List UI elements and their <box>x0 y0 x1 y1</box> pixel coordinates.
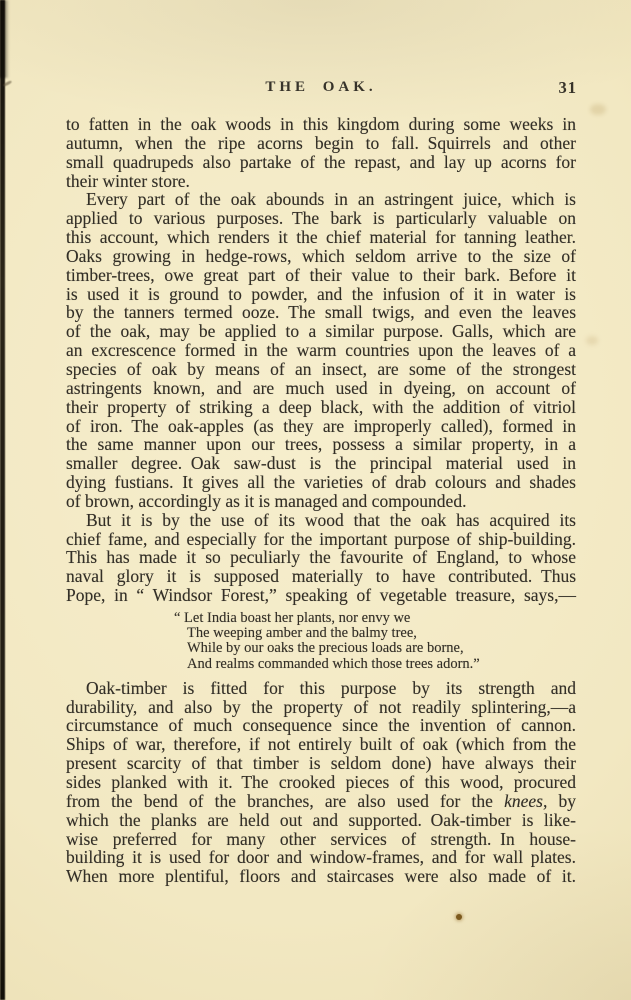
paragraph-4-part-1: Oak-timber is fitted for this purpose by… <box>66 679 576 792</box>
scan-edge-shadow <box>0 0 5 1000</box>
text-line: chief fame, and especially for the impor… <box>66 530 576 549</box>
text-segment: by <box>547 791 576 811</box>
text-line: which the planks are held out and suppor… <box>66 811 576 830</box>
text-line: the same manner upon our trees, possess … <box>66 435 576 454</box>
verse-quote: “ Let India boast her plants, nor envy w… <box>66 611 576 672</box>
text-line: While by our oaks the precious loads are… <box>187 641 576 656</box>
text-line: applied to various purposes. The bark is… <box>66 209 576 228</box>
text-line: is used it is ground to powder, and the … <box>66 285 576 304</box>
scan-edge-shadow-top <box>0 0 9 78</box>
text-line: an excrescence formed in the warm countr… <box>66 341 576 360</box>
text-line: Ships of war, therefore, if not entirely… <box>66 735 576 754</box>
text-line: of the oak, may be applied to a similar … <box>66 322 576 341</box>
text-line: circumstance of much consequence since t… <box>66 716 576 735</box>
text-line: present scarcity of that timber is seldo… <box>66 754 576 773</box>
text-line: of iron. The oak-apples (as they are imp… <box>66 417 576 436</box>
text-line: And realms commanded which those trees a… <box>187 657 576 672</box>
text-line: of brown, accordingly as it is managed a… <box>66 492 576 511</box>
text-line: from the bend of the branches, are also … <box>66 792 576 811</box>
text-line: The weeping amber and the balmy tree, <box>187 626 576 641</box>
paper-stain <box>456 914 462 920</box>
text-line: their property of striking a deep black,… <box>66 398 576 417</box>
paper-stain <box>590 104 606 115</box>
text-segment: from the bend of the branches, are also … <box>66 791 504 811</box>
text-line: Pope, in “ Windsor Forest,” speaking of … <box>66 586 576 605</box>
paragraph-3: But it is by the use of its wood that th… <box>66 511 576 605</box>
italic-word-knees: knees, <box>504 791 547 811</box>
text-line: astringents known, and are much used in … <box>66 379 576 398</box>
text-line: by the tanners termed ooze. The small tw… <box>66 303 576 322</box>
running-title: THE OAK. <box>66 79 576 96</box>
text-line: sides planked with it. The crooked piece… <box>66 773 576 792</box>
text-line: naval glory it is supposed materially to… <box>66 567 576 586</box>
book-page: THE OAK. 31 to fatten in the oak woods i… <box>0 0 631 1000</box>
text-line: their winter store. <box>66 172 576 191</box>
paragraph-2: Every part of the oak abounds in an astr… <box>66 190 576 510</box>
text-line: timber-trees, owe great part of their va… <box>66 266 576 285</box>
text-line: wise preferred for many other services o… <box>66 830 576 849</box>
text-line: But it is by the use of its wood that th… <box>66 511 576 530</box>
text-line: Oak-timber is fitted for this purpose by… <box>66 679 576 698</box>
text-line: dying fustians. It gives all the varieti… <box>66 473 576 492</box>
page-number: 31 <box>559 78 578 98</box>
text-line: Oaks growing in hedge-rows, which seldom… <box>66 247 576 266</box>
text-line: durability, and also by the property of … <box>66 698 576 717</box>
text-line: When more plentiful, floors and staircas… <box>66 867 576 886</box>
paper-stain <box>586 336 598 345</box>
text-line: to fatten in the oak woods in this kingd… <box>66 115 576 134</box>
paragraph-1: to fatten in the oak woods in this kingd… <box>66 115 576 190</box>
text-line: This has made it so peculiarly the favou… <box>66 548 576 567</box>
paragraph-4: Oak-timber is fitted for this purpose by… <box>66 679 576 886</box>
text-line: Every part of the oak abounds in an astr… <box>66 190 576 209</box>
text-line: small quadrupeds also partake of the rep… <box>66 153 576 172</box>
text-line: autumn, when the ripe acorns begin to fa… <box>66 134 576 153</box>
paragraph-4-part-2: which the planks are held out and suppor… <box>66 811 576 886</box>
text-line: building it is used for door and window-… <box>66 848 576 867</box>
text-line: smaller degree. Oak saw-dust is the prin… <box>66 454 576 473</box>
text-line: species of oak by means of an insect, ar… <box>66 360 576 379</box>
text-line: “ Let India boast her plants, nor envy w… <box>187 611 576 626</box>
text-line: this account, which renders it the chief… <box>66 228 576 247</box>
page-body: to fatten in the oak woods in this kingd… <box>66 115 576 886</box>
